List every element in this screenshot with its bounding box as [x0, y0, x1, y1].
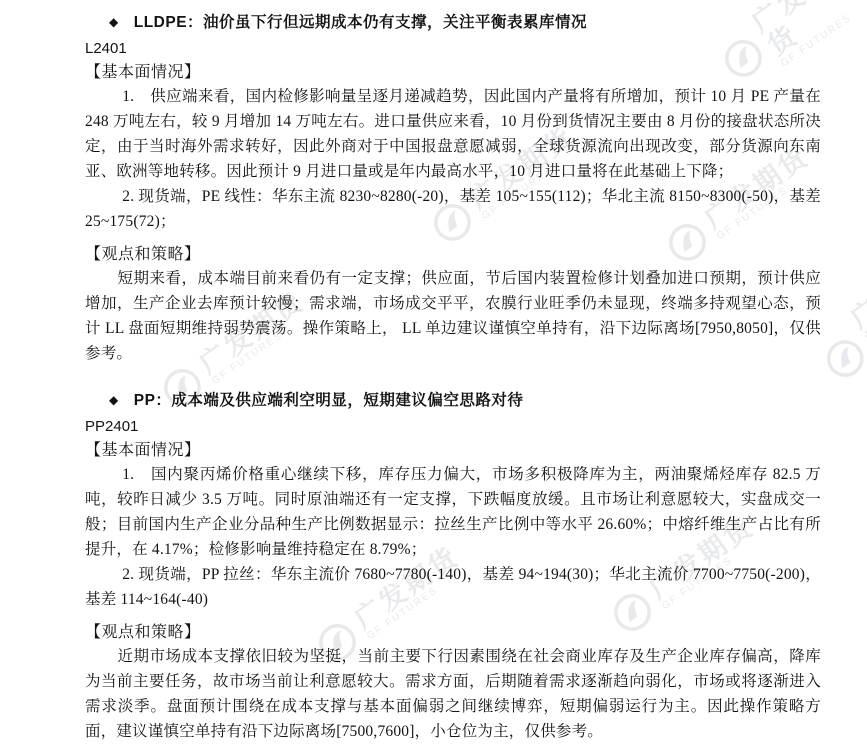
lldpe-fundamentals-header: 【基本面情况】 — [85, 62, 821, 84]
lldpe-title-text: LLDPE：油价虽下行但远期成本仍有支撑，关注平衡表累库情况 — [134, 12, 587, 33]
section-pp: ◆ PP：成本端及供应端利空明显，短期建议偏空思路对待 PP2401 【基本面情… — [85, 390, 821, 744]
pp-title-text: PP：成本端及供应端利空明显，短期建议偏空思路对待 — [134, 390, 524, 411]
lldpe-section-title: ◆ LLDPE：油价虽下行但远期成本仍有支撑，关注平衡表累库情况 — [85, 12, 821, 33]
section-divider-gap — [85, 366, 821, 390]
pp-fundamentals-item-1: 1. 国内聚丙烯价格重心继续下移，库存压力偏大，市场多积极降库为主，两油聚烯烃库… — [85, 462, 821, 562]
lldpe-fundamentals-item-1: 1. 供应端来看，国内检修影响量呈逐月递减趋势，因此国内产量将有所增加，预计 1… — [85, 84, 821, 184]
lldpe-contract-code: L2401 — [85, 39, 821, 58]
pp-fundamentals-item-2: 2. 现货端，PP 拉丝：华东主流价 7680~7780(-140)，基差 94… — [85, 562, 821, 612]
lldpe-strategy-header: 【观点和策略】 — [85, 244, 821, 266]
diamond-bullet-icon: ◆ — [109, 390, 119, 411]
diamond-bullet-icon: ◆ — [109, 12, 119, 33]
section-lldpe: ◆ LLDPE：油价虽下行但远期成本仍有支撑，关注平衡表累库情况 L2401 【… — [85, 12, 821, 366]
pp-contract-code: PP2401 — [85, 417, 821, 436]
pp-fundamentals-header: 【基本面情况】 — [85, 440, 821, 462]
lldpe-strategy-text: 短期来看，成本端目前来看仍有一定支撑；供应面，节后国内装置检修计划叠加进口预期，… — [85, 266, 821, 366]
pp-strategy-header: 【观点和策略】 — [85, 622, 821, 644]
pp-strategy-text: 近期市场成本支撑依旧较为坚挺，当前主要下行因素围绕在社会商业库存及生产企业库存偏… — [85, 644, 821, 744]
report-page: ◆ LLDPE：油价虽下行但远期成本仍有支撑，关注平衡表累库情况 L2401 【… — [0, 0, 867, 752]
lldpe-fundamentals-item-2: 2. 现货端，PE 线性：华东主流 8230~8280(-20)，基差 105~… — [85, 184, 821, 234]
pp-section-title: ◆ PP：成本端及供应端利空明显，短期建议偏空思路对待 — [85, 390, 821, 411]
